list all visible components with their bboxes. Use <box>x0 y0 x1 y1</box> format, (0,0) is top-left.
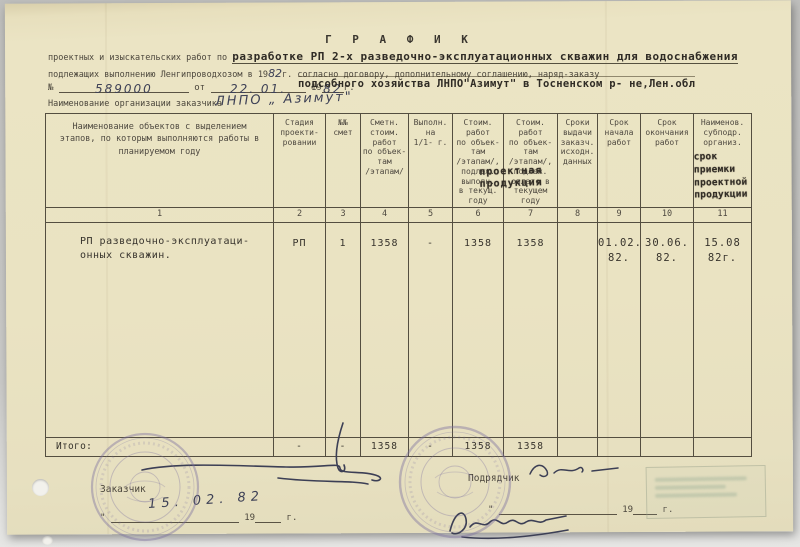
subtitle-prefix: проектных и изыскательских работ по <box>48 53 227 63</box>
row1-accept-date: 15.08 82г. <box>694 223 751 438</box>
row1-estimate-no: 1 <box>326 223 361 438</box>
col-number: 3 <box>326 208 361 223</box>
col-header-1: Наименование объектов с выделением этапо… <box>46 114 274 208</box>
stamp-text-line <box>655 492 737 497</box>
row1-cost-payable: 1358 <box>504 223 558 438</box>
col-number: 9 <box>598 208 641 223</box>
col-header-4: Сметн. стоим. работ по объек- там /этапа… <box>361 114 409 208</box>
contractor-signature <box>522 458 627 486</box>
stamp-text-line <box>655 476 747 482</box>
row1-stage: РП <box>274 223 326 438</box>
agreement-text: подлежащих выполнению Ленгипроводхозом в… <box>48 70 268 80</box>
agreement-year-ink: 82 <box>268 67 282 80</box>
row1-data-terms <box>558 223 598 438</box>
round-seal-contractor <box>395 422 515 542</box>
row1-cost-current: 1358 <box>453 223 504 438</box>
stamp-text-line <box>655 485 726 490</box>
overstamp-acceptance-term: срок приемки проектной продукции <box>694 150 755 202</box>
row1-estimate-cost: 1358 <box>361 223 409 438</box>
col-number: 8 <box>558 208 598 223</box>
scanned-document-screen: Г Р А Ф И К проектных и изыскательских р… <box>0 0 800 547</box>
col-number: 4 <box>361 208 409 223</box>
round-seal-customer <box>87 429 203 545</box>
year-19: 19 <box>244 513 255 523</box>
subtitle-line: проектных и изыскательских работ по разр… <box>48 50 738 63</box>
col-header-2: Стадия проекти- ровании <box>274 114 326 208</box>
col-header-7: Стоим. работ по объек- там /этапам/, под… <box>504 114 558 208</box>
customer-org-label: Наименование организации заказчика <box>48 99 222 109</box>
schedule-table: Наименование объектов с выделением этапо… <box>45 113 752 457</box>
year-19: 19 <box>622 505 633 515</box>
col-header-9: Срок начала работ <box>598 114 641 208</box>
col-number: 5 <box>409 208 453 223</box>
year-blank <box>255 512 281 523</box>
from-label: от <box>194 83 205 93</box>
totals-cell <box>694 438 751 456</box>
row1-start-date: 01.02. 82. <box>598 223 641 438</box>
object-typed-entry: подсобного хозяйства ЛНПО"Азимут" в Тосн… <box>298 76 695 90</box>
subtitle-typed-entry: разработке РП 2-х разведочно-эксплуатаци… <box>232 50 738 64</box>
doc-no-label: № <box>48 83 53 93</box>
totals-cell <box>558 438 598 456</box>
col-header-5: Выполн. на 1/1- г. <box>409 114 453 208</box>
col-number: 10 <box>641 208 694 223</box>
col-header-6: Стоим. работ по объек- там /этапам/, под… <box>453 114 504 208</box>
col-number: 6 <box>453 208 504 223</box>
col-header-8: Сроки выдачи заказч. исходн. данных <box>558 114 598 208</box>
totals-cell <box>598 438 641 456</box>
col-number: 11 <box>694 208 751 223</box>
col-number: 2 <box>274 208 326 223</box>
punch-hole <box>42 536 53 545</box>
col-number: 1 <box>46 208 274 223</box>
doc-no-blank: 589000 <box>59 82 189 93</box>
row1-done: - <box>409 223 453 438</box>
col-header-10: Срок окончания работ <box>641 114 694 208</box>
col-number: 7 <box>504 208 558 223</box>
document-title: Г Р А Ф И К <box>0 33 800 46</box>
overstamp-project-production: проектная продукция <box>455 165 568 191</box>
rect-stamp-faint <box>646 465 767 519</box>
doc-no-ink: 589000 <box>95 82 153 96</box>
row1-object-name: РП разведочно-эксплуатаци- онных скважин… <box>46 223 274 438</box>
punch-hole <box>32 479 49 496</box>
totals-cell <box>641 438 694 456</box>
col-header-3: №№ смет <box>326 114 361 208</box>
row1-end-date: 30.06. 82. <box>641 223 694 438</box>
year-g: г. <box>287 513 298 523</box>
